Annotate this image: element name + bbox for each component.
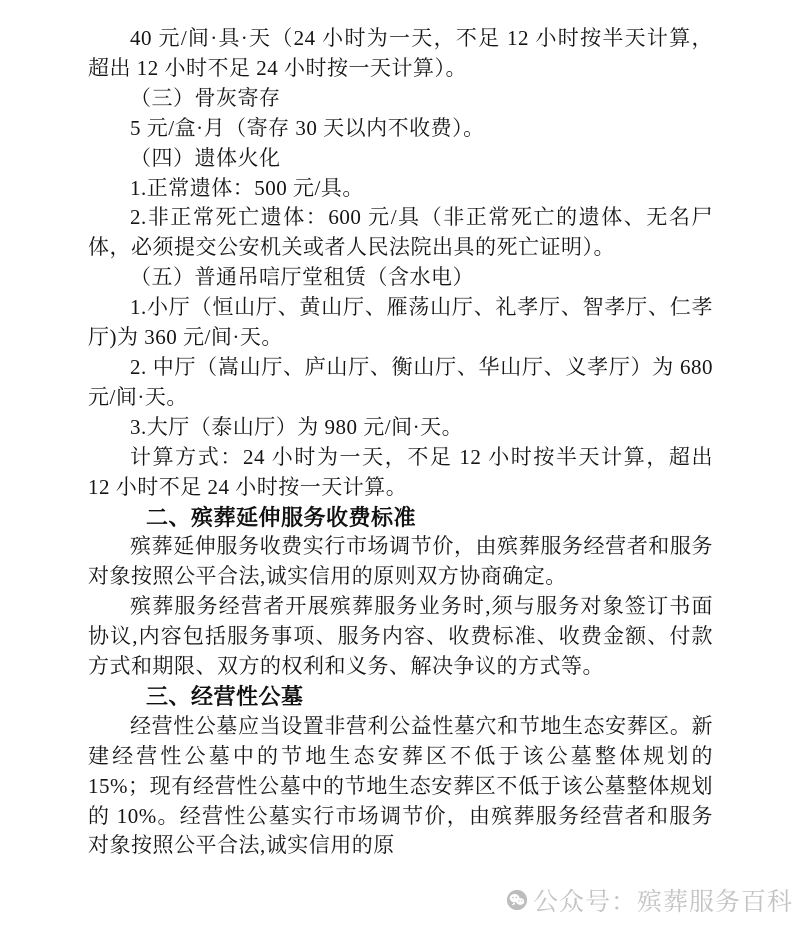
wechat-icon	[506, 889, 528, 911]
paragraph-written-agreement: 殡葬服务经营者开展殡葬服务业务时,须与服务对象签订书面协议,内容包括服务事项、服…	[88, 592, 713, 682]
paragraph-ash-storage-price: 5 元/盒·月（寄存 30 天以内不收费）。	[88, 114, 713, 144]
subsection-ash-storage: （三）骨灰寄存	[88, 84, 713, 114]
paragraph-medium-hall-price: 2. 中厅（嵩山厅、庐山厅、衡山厅、华山厅、义孝厅）为 680 元/间·天。	[88, 353, 713, 413]
watermark-label: 公众号：殡葬服务百科	[533, 882, 793, 918]
paragraph-cemetery-rules: 经营性公墓应当设置非营利公益性墓穴和节地生态安葬区。新建经营性公墓中的节地生态安…	[88, 712, 713, 862]
watermark: 公众号：殡葬服务百科	[506, 882, 793, 918]
paragraph-billing-method: 计算方式：24 小时为一天，不足 12 小时按半天计算，超出 12 小时不足 2…	[88, 443, 713, 503]
paragraph-small-hall-price: 1.小厅（恒山厅、黄山厅、雁荡山厅、礼孝厅、智孝厅、仁孝厅)为 360 元/间·…	[88, 293, 713, 353]
paragraph-price-mortuary-bed: 40 元/间·具·天（24 小时为一天，不足 12 小时按半天计算，超出 12 …	[88, 24, 713, 84]
subsection-hall-rental: （五）普通吊唁厅堂租赁（含水电）	[88, 263, 713, 293]
document-page: 公众号：殡葬服务百科 40 元/间·具·天（24 小时为一天，不足 12 小时按…	[0, 0, 797, 932]
section-heading-commercial-cemetery: 三、经营性公墓	[88, 682, 713, 712]
section-heading-extended-services: 二、殡葬延伸服务收费标准	[88, 503, 713, 533]
paragraph-abnormal-body-price: 2.非正常死亡遗体：600 元/具（非正常死亡的遗体、无名尸体，必须提交公安机关…	[88, 203, 713, 263]
paragraph-large-hall-price: 3.大厅（泰山厅）为 980 元/间·天。	[88, 413, 713, 443]
paragraph-market-pricing: 殡葬延伸服务收费实行市场调节价，由殡葬服务经营者和服务对象按照公平合法,诚实信用…	[88, 532, 713, 592]
subsection-cremation: （四）遗体火化	[88, 144, 713, 174]
paragraph-normal-body-price: 1.正常遗体：500 元/具。	[88, 174, 713, 204]
document-body: 40 元/间·具·天（24 小时为一天，不足 12 小时按半天计算，超出 12 …	[88, 24, 713, 861]
